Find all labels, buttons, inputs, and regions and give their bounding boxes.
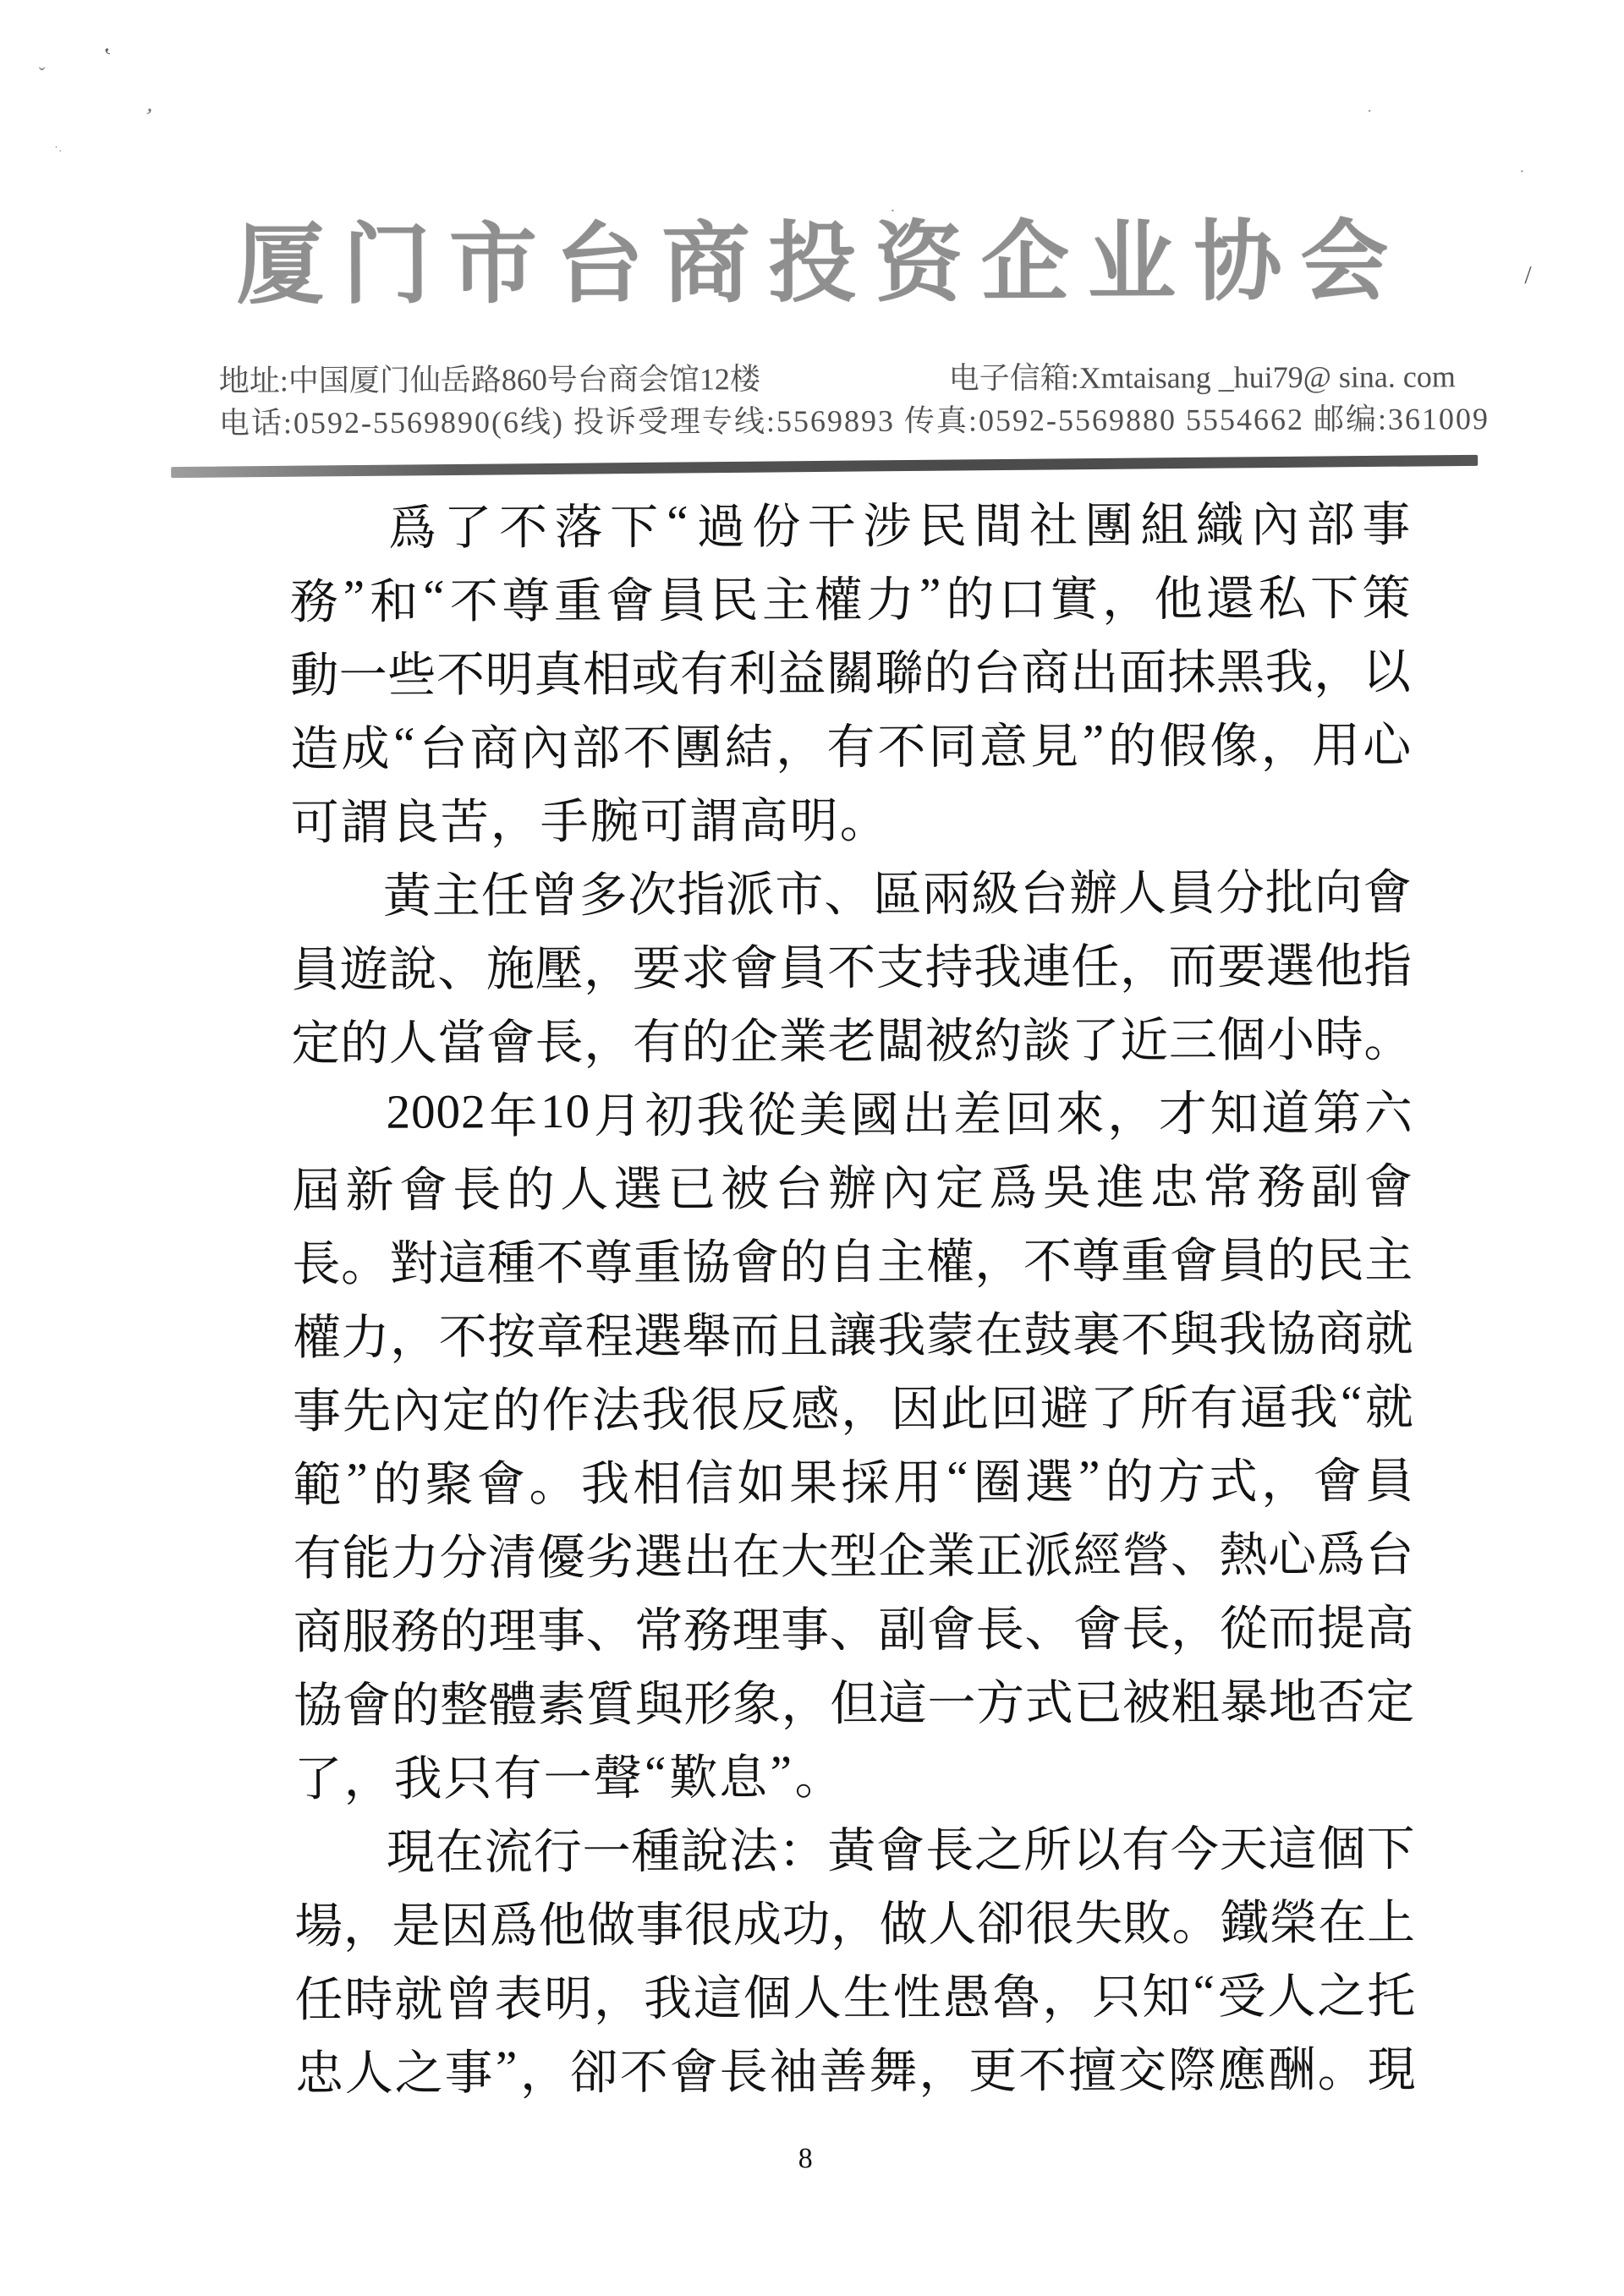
glyph: 現 bbox=[1367, 2030, 1415, 2100]
glyph: 只 bbox=[1092, 1958, 1140, 2027]
glyph: 員 bbox=[1167, 854, 1215, 923]
text-line: 爲了不落下“過份干涉民間社團組織內部事 bbox=[289, 484, 1410, 562]
glyph: 初 bbox=[645, 1077, 693, 1146]
glyph: ， bbox=[1261, 706, 1309, 775]
glyph: 協 bbox=[294, 1666, 342, 1735]
glyph: 相 bbox=[583, 635, 631, 704]
glyph: 務 bbox=[290, 562, 338, 632]
glyph: 範 bbox=[293, 1445, 341, 1515]
glyph: 優 bbox=[537, 1518, 585, 1587]
glyph: 商 bbox=[1021, 633, 1069, 703]
text-line: 長。對這種不尊重協會的自主權，不尊重會員的民主 bbox=[292, 1219, 1413, 1297]
glyph: 長 bbox=[976, 1591, 1024, 1660]
glyph: 吳 bbox=[1042, 1148, 1090, 1218]
glyph: 口 bbox=[998, 561, 1046, 630]
text-line: 了，我只有一聲“歎息”。 bbox=[294, 1734, 1414, 1812]
glyph: 台 bbox=[1020, 854, 1068, 923]
glyph: 受 bbox=[1217, 1958, 1265, 2027]
glyph: 讓 bbox=[828, 1296, 876, 1366]
glyph: 派 bbox=[726, 856, 774, 925]
letterhead-info-row1: 地址:中国厦门仙岳路860号台商会馆12楼 电子信箱:Xmtaisang _hu… bbox=[219, 356, 1456, 401]
glyph: 或 bbox=[631, 635, 679, 704]
glyph: 定 bbox=[442, 1372, 491, 1441]
glyph: 實 bbox=[1050, 560, 1098, 629]
glyph: 腕 bbox=[590, 782, 638, 852]
glyph: 不 bbox=[535, 1224, 584, 1293]
glyph: 主 bbox=[762, 562, 810, 631]
glyph: 生 bbox=[842, 1959, 891, 2028]
glyph: 民 bbox=[1315, 1221, 1363, 1290]
glyph: 成 bbox=[341, 710, 389, 779]
glyph: 見 bbox=[1030, 707, 1078, 776]
glyph: 。 bbox=[1171, 1884, 1220, 1954]
glyph: 時 bbox=[1315, 1000, 1363, 1070]
scan-artifacts: ‛ˇ’·.···/ bbox=[0, 0, 1620, 3]
glyph: 差 bbox=[953, 1076, 1001, 1145]
glyph: 指 bbox=[1363, 927, 1412, 996]
glyph: 經 bbox=[1073, 1516, 1122, 1586]
glyph: 常 bbox=[1204, 1148, 1252, 1218]
glyph: 的 bbox=[391, 1666, 439, 1735]
glyph: 副 bbox=[1310, 1148, 1358, 1217]
text-line: 現在流行一種說法：黃會長之所以有今天這個下 bbox=[294, 1808, 1415, 1886]
glyph: 結 bbox=[725, 709, 773, 778]
glyph: 的 bbox=[373, 1445, 421, 1515]
title-char: 门 bbox=[343, 216, 431, 316]
glyph: ， bbox=[841, 1370, 889, 1439]
glyph: 選 bbox=[613, 1150, 661, 1219]
glyph: 很 bbox=[1025, 1884, 1073, 1954]
glyph: 不 bbox=[438, 1298, 486, 1367]
glyph: ， bbox=[343, 1740, 392, 1809]
glyph: 可 bbox=[639, 782, 688, 852]
glyph: 他 bbox=[1154, 560, 1202, 629]
glyph: ” bbox=[918, 567, 942, 622]
glyph: 與 bbox=[635, 1665, 683, 1734]
glyph: 我 bbox=[581, 1444, 629, 1514]
glyph: 內 bbox=[881, 1149, 930, 1219]
glyph: 會 bbox=[876, 1811, 924, 1881]
glyph: 做 bbox=[587, 1886, 635, 1955]
glyph: 會 bbox=[1364, 1148, 1413, 1217]
glyph: 社 bbox=[1029, 486, 1078, 556]
glyph: 行 bbox=[533, 1812, 581, 1882]
glyph: 明 bbox=[789, 781, 837, 851]
glyph: 交 bbox=[1118, 2031, 1166, 2101]
glyph: 。 bbox=[529, 1444, 577, 1514]
glyph: 個 bbox=[1217, 1001, 1265, 1071]
glyph: 重 bbox=[634, 1224, 682, 1293]
letterhead-title: 厦门市台商投资企业协会 bbox=[236, 213, 1388, 319]
glyph: 此 bbox=[941, 1370, 989, 1439]
letterhead-address: 地址:中国厦门仙岳路860号台商会馆12楼 bbox=[219, 359, 760, 401]
glyph: 次 bbox=[628, 856, 676, 925]
glyph: 一 bbox=[543, 1739, 591, 1808]
glyph: 遊 bbox=[340, 930, 388, 1000]
glyph: 我 bbox=[644, 1959, 692, 2029]
glyph: 協 bbox=[682, 1224, 730, 1293]
glyph: 的 bbox=[780, 1223, 828, 1292]
glyph: 連 bbox=[1022, 928, 1070, 997]
glyph: 不 bbox=[1023, 1222, 1072, 1291]
glyph: 被 bbox=[925, 1002, 974, 1071]
glyph: 壓 bbox=[535, 929, 583, 999]
glyph: 我 bbox=[974, 929, 1022, 998]
glyph: 黃 bbox=[827, 1811, 875, 1881]
text-line: 務”和“不尊重會員民主權力”的口實，他還私下策 bbox=[290, 557, 1411, 635]
glyph: 爲 bbox=[989, 1149, 1037, 1219]
glyph: 避 bbox=[1040, 1369, 1089, 1438]
glyph: 些 bbox=[387, 636, 436, 705]
glyph: 三 bbox=[1169, 1001, 1217, 1071]
glyph: 種 bbox=[487, 1225, 535, 1294]
glyph: 抹 bbox=[1167, 633, 1215, 703]
glyph: 涉 bbox=[863, 487, 911, 556]
glyph: 成 bbox=[733, 1886, 782, 1955]
glyph: 息 bbox=[719, 1739, 767, 1808]
glyph: 闆 bbox=[876, 1002, 924, 1071]
title-char: 会 bbox=[1300, 213, 1388, 313]
glyph: 善 bbox=[819, 2032, 867, 2101]
glyph: 用 bbox=[1312, 706, 1360, 775]
scan-artifact: ’ bbox=[140, 105, 155, 129]
glyph: 以 bbox=[1363, 633, 1411, 702]
text-line: 範”的聚會。我相信如果採用“圈選”的方式，會員 bbox=[293, 1440, 1413, 1518]
glyph: 愚 bbox=[942, 1959, 990, 2028]
glyph: 商 bbox=[1316, 1295, 1364, 1364]
glyph: 說 bbox=[680, 1812, 728, 1882]
glyph: 干 bbox=[808, 487, 856, 556]
text-line: 權力，不按章程選舉而且讓我蒙在鼓裏不與我協商就 bbox=[293, 1293, 1413, 1371]
glyph: 多 bbox=[579, 856, 627, 925]
glyph: 企 bbox=[730, 1003, 778, 1072]
title-char: 协 bbox=[1193, 213, 1281, 313]
glyph: 選 bbox=[634, 1518, 683, 1587]
glyph: 一 bbox=[339, 636, 387, 705]
glyph: 民 bbox=[710, 562, 758, 631]
glyph: 長 bbox=[535, 1003, 584, 1072]
glyph: 面 bbox=[1119, 633, 1167, 703]
glyph: 。 bbox=[839, 781, 887, 851]
glyph: 國 bbox=[850, 1076, 898, 1145]
glyph: 施 bbox=[486, 930, 535, 1000]
glyph: 粗 bbox=[1171, 1663, 1219, 1733]
glyph: ， bbox=[584, 929, 632, 999]
glyph: 的 bbox=[1105, 1443, 1153, 1512]
glyph: 像 bbox=[1210, 707, 1258, 776]
glyph: 被 bbox=[721, 1150, 769, 1219]
glyph: 、 bbox=[824, 855, 872, 924]
glyph: 辦 bbox=[1069, 854, 1117, 923]
glyph: ， bbox=[1261, 1442, 1309, 1511]
glyph: 織 bbox=[1196, 486, 1244, 556]
glyph: “ bbox=[643, 1746, 667, 1801]
letterhead-rule bbox=[171, 455, 1478, 478]
glyph: 當 bbox=[437, 1004, 486, 1073]
glyph: 就 bbox=[394, 1960, 442, 2030]
glyph: 利 bbox=[729, 635, 777, 704]
glyph: ” bbox=[1077, 1450, 1101, 1505]
glyph: 型 bbox=[829, 1517, 877, 1586]
glyph: 蒙 bbox=[926, 1296, 974, 1366]
glyph: 明 bbox=[485, 636, 533, 705]
glyph: 台 bbox=[1365, 1515, 1413, 1585]
glyph: ， bbox=[594, 1959, 642, 2029]
glyph: “ bbox=[422, 570, 447, 625]
glyph: 有 bbox=[633, 1003, 681, 1072]
glyph: 還 bbox=[1206, 560, 1254, 629]
glyph: 指 bbox=[677, 856, 725, 925]
glyph: ， bbox=[1107, 1075, 1155, 1144]
glyph: 主 bbox=[1364, 1221, 1413, 1290]
glyph: 因 bbox=[441, 1887, 489, 1956]
glyph: 常 bbox=[634, 1592, 683, 1661]
text-line: 動一些不明真相或有利益關聯的台商出面抹黑我，以 bbox=[290, 631, 1411, 709]
text-line: 可謂良苦，手腕可謂高明。 bbox=[290, 778, 1411, 856]
glyph: 流 bbox=[485, 1813, 533, 1882]
glyph: 、 bbox=[1024, 1590, 1073, 1659]
glyph: 業 bbox=[779, 1002, 827, 1071]
glyph: ” bbox=[494, 2041, 518, 2096]
letterhead-phone: 电话:0592-5569890(6线) 投诉受理专线:5569893 传真:05… bbox=[219, 398, 1456, 443]
glyph: 商 bbox=[470, 710, 518, 779]
glyph: 信 bbox=[685, 1444, 733, 1514]
glyph: “ bbox=[392, 717, 417, 772]
glyph: 不 bbox=[1018, 2031, 1067, 2101]
glyph: 回 bbox=[990, 1370, 1039, 1439]
glyph: 因 bbox=[891, 1370, 939, 1439]
glyph: 事 bbox=[781, 1591, 829, 1660]
glyph: 關 bbox=[826, 634, 875, 704]
glyph: 服 bbox=[342, 1592, 390, 1662]
glyph: 而 bbox=[1168, 928, 1216, 997]
glyph: 長 bbox=[292, 1225, 340, 1294]
glyph: 聚 bbox=[425, 1445, 473, 1515]
glyph: 就 bbox=[1365, 1368, 1413, 1438]
glyph: 章 bbox=[536, 1297, 584, 1367]
glyph: 上 bbox=[1367, 1883, 1415, 1953]
glyph: 會 bbox=[477, 1445, 525, 1515]
glyph: 爲 bbox=[388, 489, 436, 558]
glyph: 個 bbox=[1317, 1810, 1365, 1879]
glyph: 落 bbox=[554, 488, 602, 557]
glyph: 不 bbox=[1121, 1296, 1169, 1365]
glyph: ” bbox=[1081, 715, 1106, 770]
glyph: 方 bbox=[976, 1664, 1024, 1734]
glyph: 了 bbox=[443, 489, 491, 558]
glyph: 謂 bbox=[689, 782, 738, 852]
glyph: 做 bbox=[880, 1885, 928, 1954]
glyph: 要 bbox=[1217, 928, 1265, 997]
glyph: 團 bbox=[673, 709, 721, 778]
glyph: 長 bbox=[719, 2033, 767, 2102]
glyph: 地 bbox=[1269, 1663, 1317, 1732]
text-line: 2002年10月初我從美國出差回來，才知道第六 bbox=[292, 1072, 1413, 1150]
glyph: 求 bbox=[681, 929, 729, 999]
glyph: ， bbox=[974, 1223, 1023, 1292]
glyph: 道 bbox=[1261, 1074, 1309, 1143]
glyph: 選 bbox=[1025, 1443, 1073, 1512]
glyph: 會 bbox=[670, 2033, 718, 2102]
glyph: 內 bbox=[392, 1372, 441, 1441]
scan-artifact: ·. bbox=[54, 141, 62, 155]
glyph: 任 bbox=[1071, 928, 1119, 997]
glyph: 美 bbox=[799, 1076, 848, 1145]
glyph: 自 bbox=[828, 1223, 876, 1292]
letterhead-email: 电子信箱:Xmtaisang _hui79@ sina. com bbox=[949, 356, 1456, 398]
glyph: 有 bbox=[294, 1519, 342, 1588]
glyph: 小 bbox=[1266, 1000, 1314, 1070]
glyph: 長 bbox=[1122, 1590, 1170, 1659]
glyph: 這 bbox=[694, 1959, 742, 2029]
glyph: 謂 bbox=[340, 783, 388, 852]
glyph: 一 bbox=[927, 1664, 975, 1734]
glyph: 已 bbox=[1073, 1663, 1122, 1733]
glyph: 屆 bbox=[292, 1151, 340, 1220]
glyph: 感 bbox=[791, 1370, 839, 1439]
glyph: 方 bbox=[1157, 1443, 1205, 1512]
glyph: 近 bbox=[1120, 1001, 1168, 1071]
glyph: 這 bbox=[1269, 1810, 1317, 1879]
glyph: 與 bbox=[1170, 1296, 1218, 1365]
glyph: 協 bbox=[1267, 1295, 1315, 1364]
glyph: 曾 bbox=[530, 856, 579, 925]
glyph: 不 bbox=[436, 636, 485, 705]
glyph: 熱 bbox=[1219, 1516, 1267, 1586]
glyph: 失 bbox=[1074, 1884, 1122, 1954]
glyph: 的 bbox=[924, 634, 972, 704]
glyph: 心 bbox=[1268, 1515, 1316, 1585]
glyph: 造 bbox=[290, 710, 338, 779]
glyph: 法 bbox=[729, 1812, 777, 1882]
glyph: 法 bbox=[591, 1371, 639, 1440]
glyph: 了 bbox=[1090, 1369, 1138, 1438]
title-char: 业 bbox=[1088, 213, 1176, 313]
glyph: 苦 bbox=[440, 783, 488, 852]
glyph: 不 bbox=[499, 489, 547, 558]
document-body: 爲了不落下“過份干涉民間社團組織內部事務”和“不尊重會員民主權力”的口實，他還私… bbox=[289, 484, 1416, 2107]
glyph: 現 bbox=[387, 1813, 435, 1882]
glyph: 以 bbox=[1073, 1811, 1121, 1880]
glyph: 舉 bbox=[683, 1297, 731, 1367]
glyph: 重 bbox=[554, 562, 602, 631]
glyph: 敗 bbox=[1123, 1884, 1171, 1954]
glyph: 談 bbox=[1023, 1001, 1071, 1071]
glyph: 人 bbox=[928, 1885, 976, 1954]
glyph: 支 bbox=[876, 929, 924, 998]
glyph: 說 bbox=[388, 930, 436, 1000]
glyph: 不 bbox=[827, 929, 875, 998]
paragraph-indent bbox=[291, 891, 382, 892]
glyph: 出 bbox=[1070, 633, 1118, 703]
scan-artifact: · bbox=[1367, 103, 1373, 120]
glyph: 就 bbox=[1364, 1295, 1413, 1364]
glyph: 在 bbox=[732, 1518, 780, 1587]
glyph: 動 bbox=[290, 636, 338, 705]
text-line: 場，是因爲他做事很成功，做人卻很失敗。鐵榮在上 bbox=[294, 1882, 1415, 1959]
glyph: 能 bbox=[342, 1519, 390, 1588]
glyph: 從 bbox=[1220, 1590, 1268, 1659]
glyph: 市 bbox=[775, 855, 823, 924]
glyph: 人 bbox=[1118, 854, 1166, 923]
glyph: 黑 bbox=[1216, 633, 1265, 703]
scan-artifact: · bbox=[890, 203, 896, 220]
glyph: 事 bbox=[444, 2034, 492, 2103]
glyph: 辦 bbox=[828, 1149, 876, 1219]
text-line: 商服務的理事、常務理事、副會長、會長，從而提高 bbox=[294, 1587, 1414, 1665]
glyph: 在 bbox=[1318, 1883, 1366, 1953]
text-line: 定的人當會長，有的企業老闆被約談了近三個小時。 bbox=[291, 999, 1412, 1077]
glyph: 可 bbox=[290, 783, 338, 852]
glyph: 會 bbox=[1170, 1222, 1218, 1291]
glyph: 假 bbox=[1159, 707, 1207, 776]
text-line: 屆新會長的人選已被台辦內定爲吳進忠常務副會 bbox=[292, 1146, 1413, 1224]
glyph: 出 bbox=[683, 1518, 732, 1587]
glyph: 種 bbox=[631, 1812, 679, 1882]
glyph: 要 bbox=[632, 929, 680, 999]
glyph: ， bbox=[584, 1003, 632, 1072]
glyph: 被 bbox=[1122, 1663, 1171, 1733]
glyph: 派 bbox=[1024, 1516, 1073, 1586]
glyph: ， bbox=[390, 1298, 438, 1367]
glyph: 的 bbox=[1267, 1221, 1315, 1290]
text-line: 忠人之事”，卻不會長袖善舞，更不擅交際應酬。現 bbox=[295, 2029, 1416, 2107]
glyph: 事 bbox=[293, 1372, 341, 1441]
glyph: 台 bbox=[973, 634, 1021, 704]
glyph: 員 bbox=[778, 929, 826, 998]
glyph: 尊 bbox=[584, 1224, 633, 1293]
glyph: 今 bbox=[1171, 1811, 1219, 1880]
paragraph-indent bbox=[294, 1848, 386, 1849]
glyph: 大 bbox=[781, 1517, 829, 1586]
glyph: 會 bbox=[927, 1591, 975, 1660]
glyph: 人 bbox=[345, 2034, 393, 2103]
glyph: 鼓 bbox=[1023, 1296, 1072, 1365]
scan-artifact: ˇ bbox=[39, 65, 46, 85]
glyph: 內 bbox=[521, 709, 569, 778]
glyph: 人 bbox=[793, 1959, 842, 2028]
glyph: 、 bbox=[586, 1592, 634, 1661]
glyph: 我 bbox=[1289, 1368, 1337, 1438]
glyph: 會 bbox=[731, 1224, 779, 1293]
glyph: “ bbox=[666, 496, 690, 551]
glyph: 劣 bbox=[585, 1518, 634, 1587]
title-char: 资 bbox=[875, 214, 963, 314]
glyph: 分 bbox=[1216, 854, 1265, 923]
letterhead-info: 地址:中国厦门仙岳路860号台商会馆12楼 电子信箱:Xmtaisang _hu… bbox=[219, 356, 1456, 443]
glyph: 爲 bbox=[490, 1887, 538, 1956]
glyph: 級 bbox=[971, 855, 1019, 924]
glyph: 我 bbox=[1218, 1296, 1266, 1365]
text-line: 員遊說、施壓，要求會員不支持我連任，而要選他指 bbox=[291, 925, 1412, 1003]
glyph: 任 bbox=[294, 1960, 343, 2030]
glyph: 務 bbox=[1257, 1148, 1305, 1217]
glyph: 年 bbox=[489, 1077, 537, 1147]
glyph: 卻 bbox=[570, 2033, 618, 2102]
glyph: 際 bbox=[1168, 2031, 1216, 2101]
glyph: 內 bbox=[1251, 485, 1299, 555]
glyph: 意 bbox=[979, 708, 1028, 777]
glyph: 理 bbox=[732, 1592, 780, 1661]
glyph: 他 bbox=[538, 1886, 586, 1955]
glyph: 天 bbox=[1220, 1811, 1268, 1880]
glyph: 務 bbox=[391, 1592, 439, 1662]
glyph: 忠 bbox=[295, 2034, 343, 2103]
glyph: 定 bbox=[1366, 1663, 1414, 1732]
glyph: 長 bbox=[453, 1151, 501, 1220]
glyph: 果 bbox=[789, 1444, 837, 1513]
glyph: 真 bbox=[534, 635, 582, 704]
